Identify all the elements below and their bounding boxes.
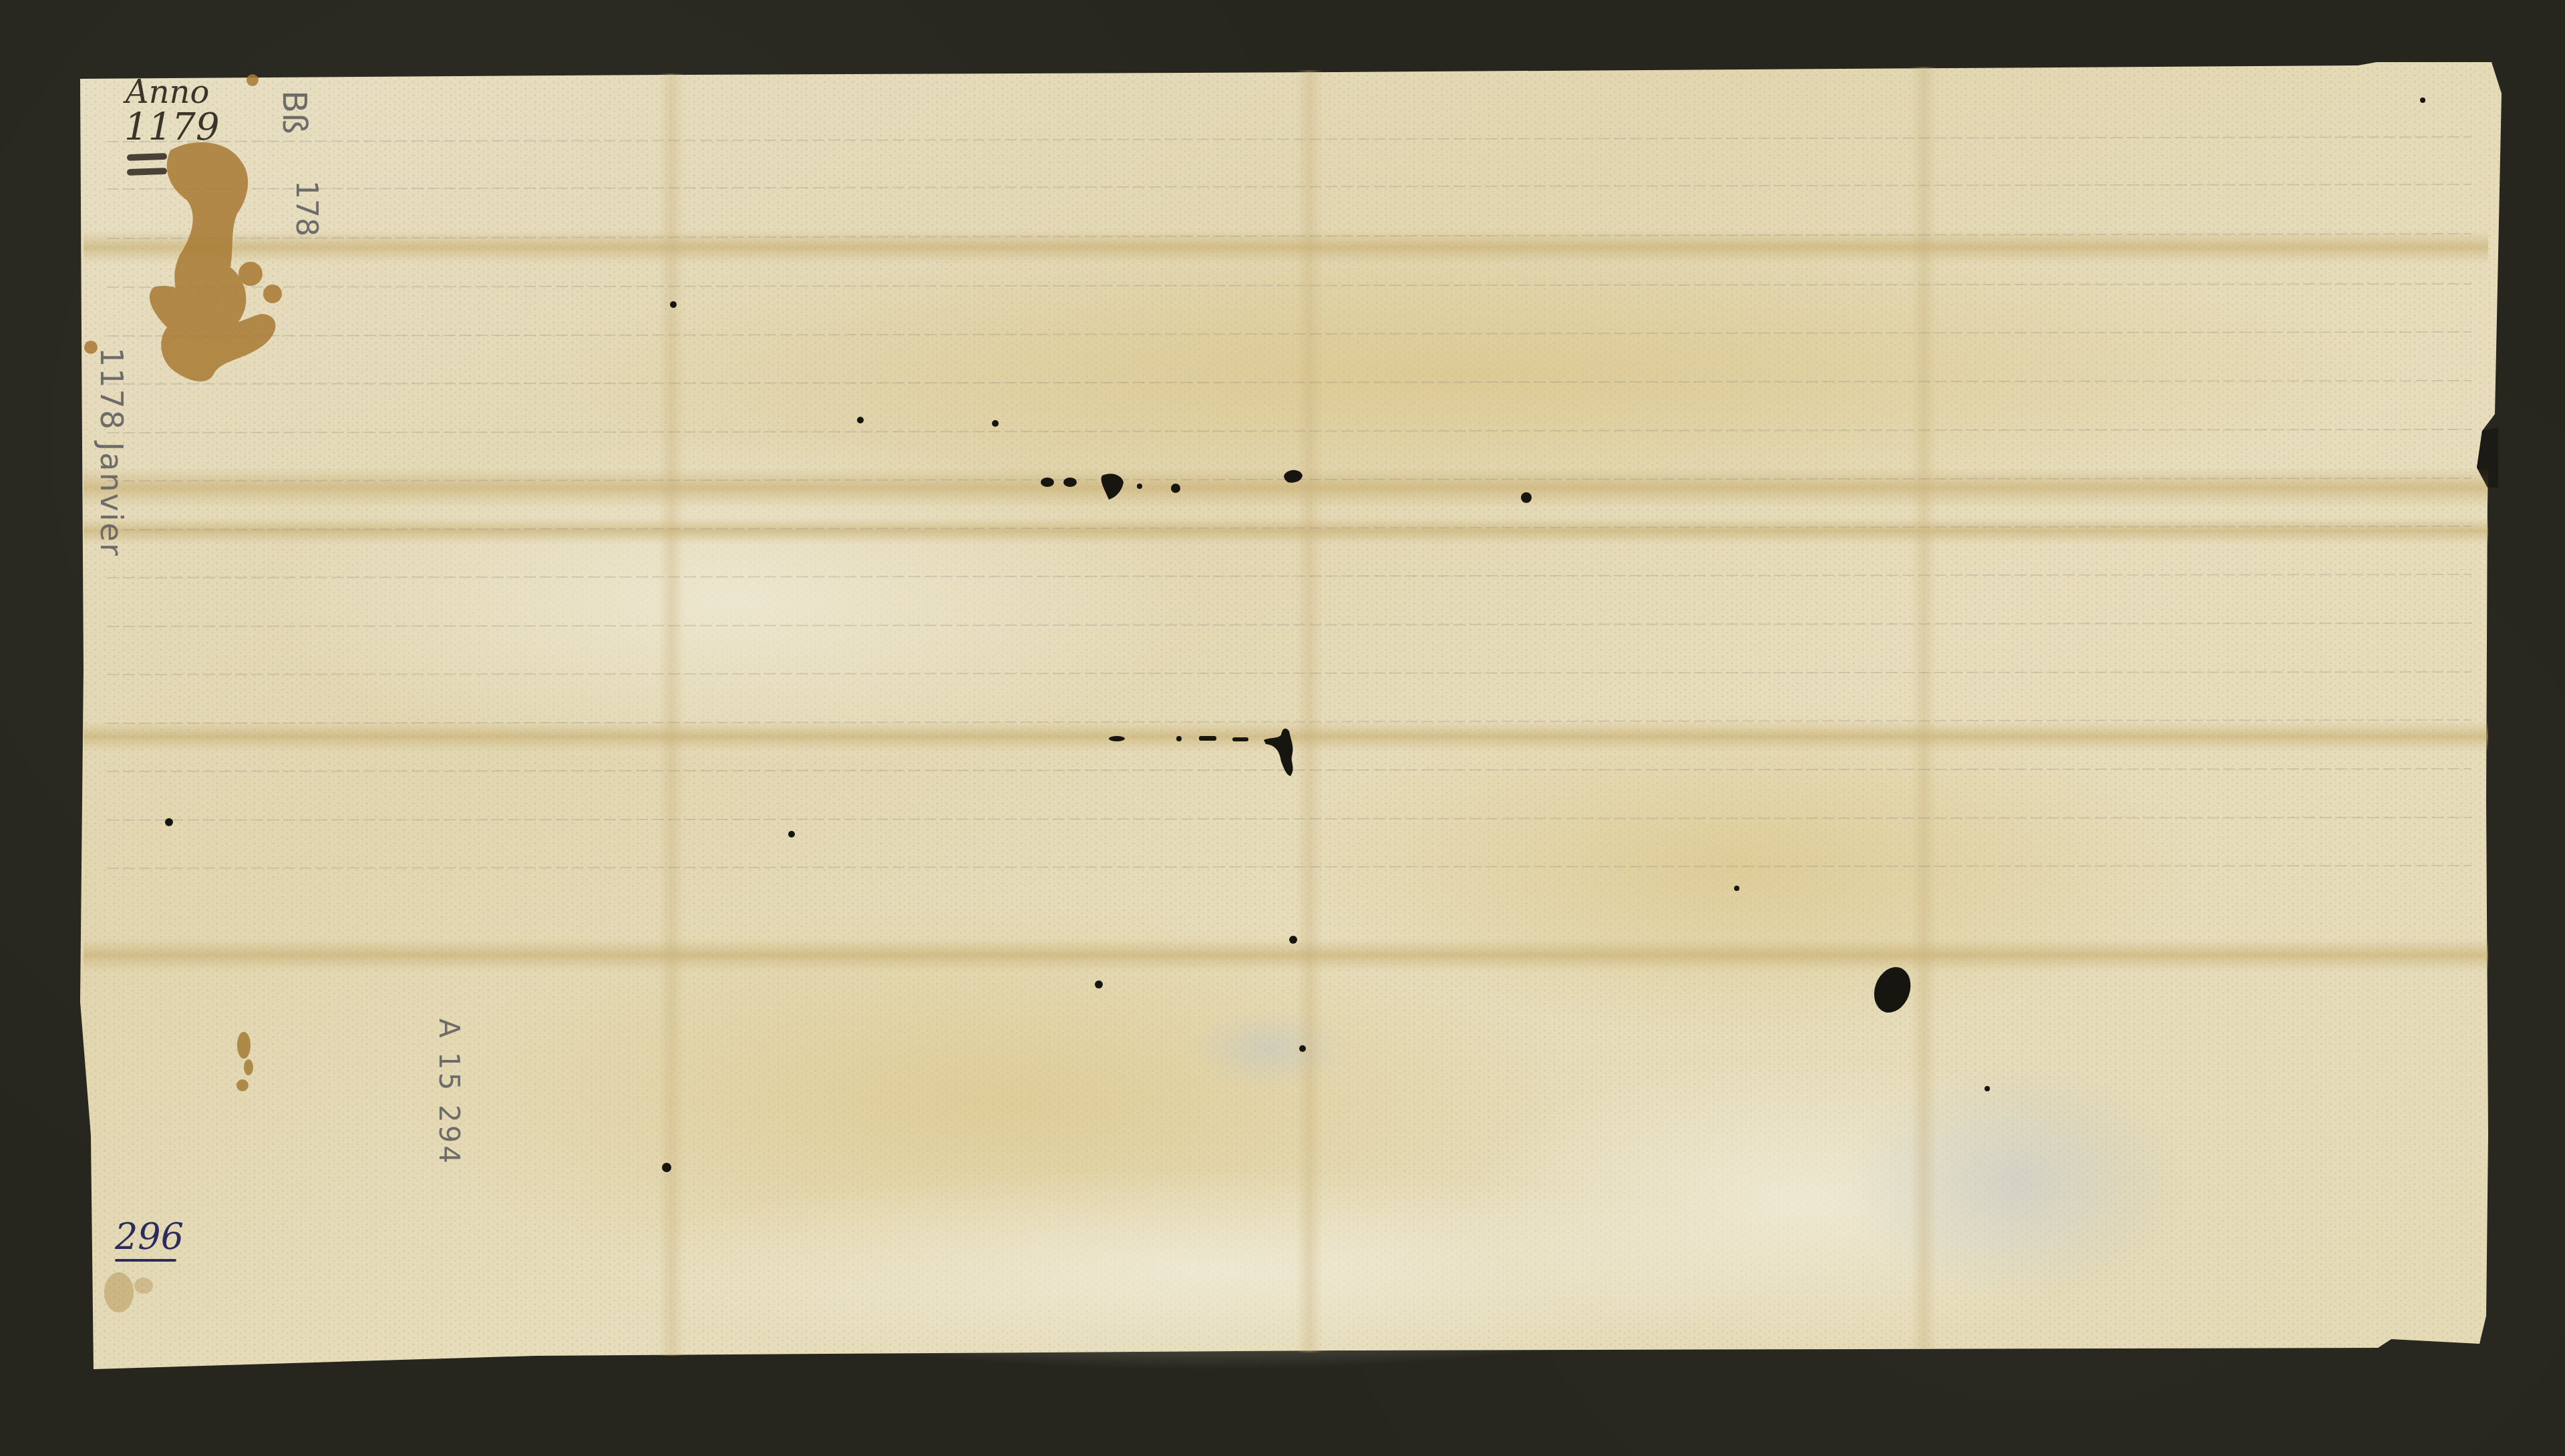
- inventory-number: A 15 294: [433, 1019, 466, 1166]
- parchment-surface: [0, 0, 2565, 1456]
- double-dash-mark: [127, 168, 167, 176]
- shelfmark-number: 178: [289, 180, 323, 236]
- parchment-sheet: Anno 1179 Bß 178 1178 Janvier A 15 294 2…: [0, 0, 2565, 1456]
- catalogue-number-underline: [115, 1259, 176, 1262]
- year-value: 1179: [124, 106, 220, 149]
- catalogue-number: 296: [115, 1216, 184, 1258]
- shelfmark-code: Bß: [275, 90, 314, 134]
- date-note: 1178 Janvier: [94, 347, 130, 557]
- double-dash-mark: [127, 153, 167, 161]
